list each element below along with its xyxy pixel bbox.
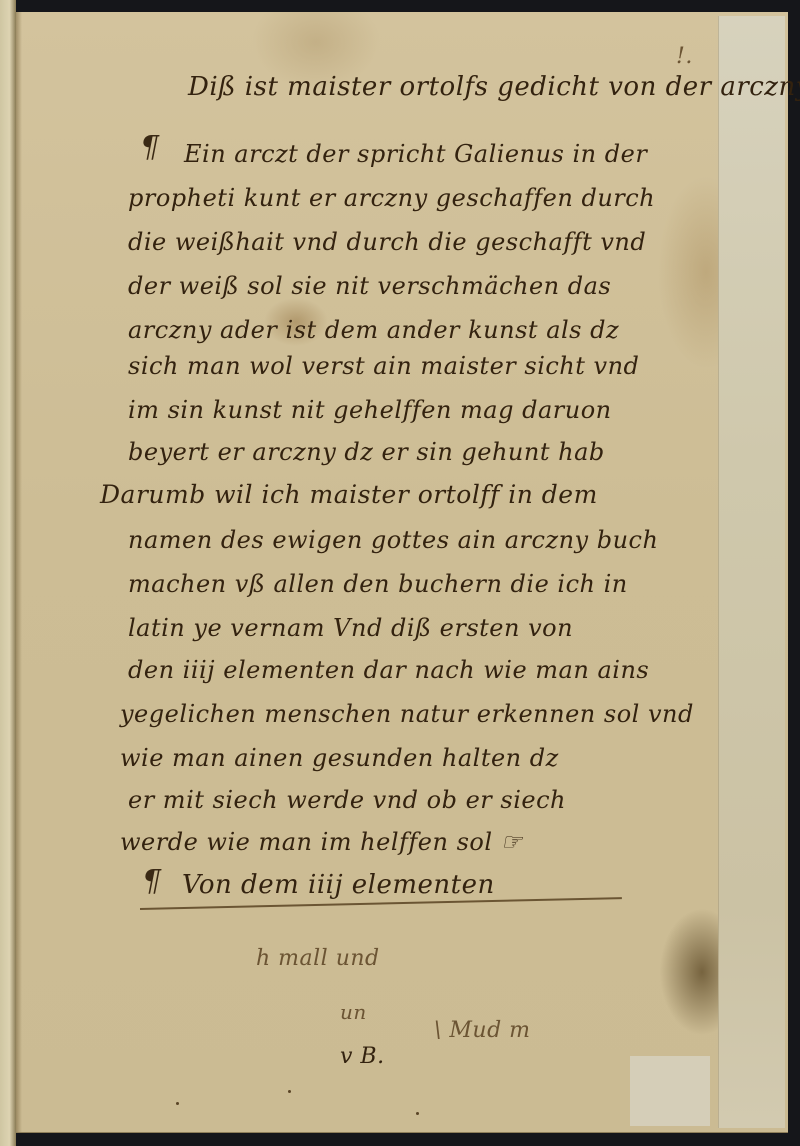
text-line-6: sich man wol verst ain maister sicht vnd [128, 354, 639, 378]
bottom-note-3: v B. [340, 1046, 385, 1068]
paper-mend-patch [630, 1056, 710, 1126]
text-line-8: beyert er arczny dz er sin gehunt hab [128, 440, 605, 464]
text-line-3: die weißhait vnd durch die geschafft vnd [128, 230, 646, 254]
section-heading: Von dem iiij elementen [182, 872, 495, 898]
text-line-9: Darumb wil ich maister ortolff in dem [100, 482, 598, 507]
ink-speck [176, 1102, 179, 1105]
manuscript-page: !. Diß ist maister ortolfs gedicht von d… [16, 12, 788, 1133]
bottom-note-1: h mall und [256, 948, 380, 970]
bottom-note-2: un [340, 1002, 367, 1022]
text-line-7: im sin kunst nit gehelffen mag daruon [128, 398, 612, 422]
paragraph-mark-1: ¶ [140, 130, 159, 165]
title-line: Diß ist maister ortolfs gedicht von der … [188, 74, 800, 100]
paragraph-mark-2: ¶ [142, 864, 161, 899]
text-line-4: der weiß sol sie nit verschmächen das [128, 274, 611, 298]
bottom-note-4: \ Mud m [434, 1020, 531, 1042]
ink-speck [416, 1112, 419, 1115]
text-line-15: wie man ainen gesunden halten dz [120, 746, 559, 770]
ink-speck [288, 1090, 291, 1093]
text-line-10: namen des ewigen gottes ain arczny buch [128, 528, 658, 552]
adjacent-page-edge [0, 0, 16, 1146]
marginal-mark-top-right: !. [676, 46, 693, 68]
text-line-14: yegelichen menschen natur erkennen sol v… [120, 702, 694, 726]
text-line-5: arczny ader ist dem ander kunst als dz [128, 318, 619, 342]
paper-mend-strip [718, 16, 785, 1128]
text-line-17: werde wie man im helffen sol ☞ [120, 830, 523, 854]
text-line-13: den iiij elementen dar nach wie man ains [128, 658, 649, 682]
text-line-11: machen vß allen den buchern die ich in [128, 572, 628, 596]
text-line-2: propheti kunt er arczny geschaffen durch [128, 186, 655, 210]
text-line-12: latin ye vernam Vnd diß ersten von [128, 616, 573, 640]
text-line-1: Ein arczt der spricht Galienus in der [184, 142, 647, 166]
text-line-16: er mit siech werde vnd ob er siech [128, 788, 566, 812]
